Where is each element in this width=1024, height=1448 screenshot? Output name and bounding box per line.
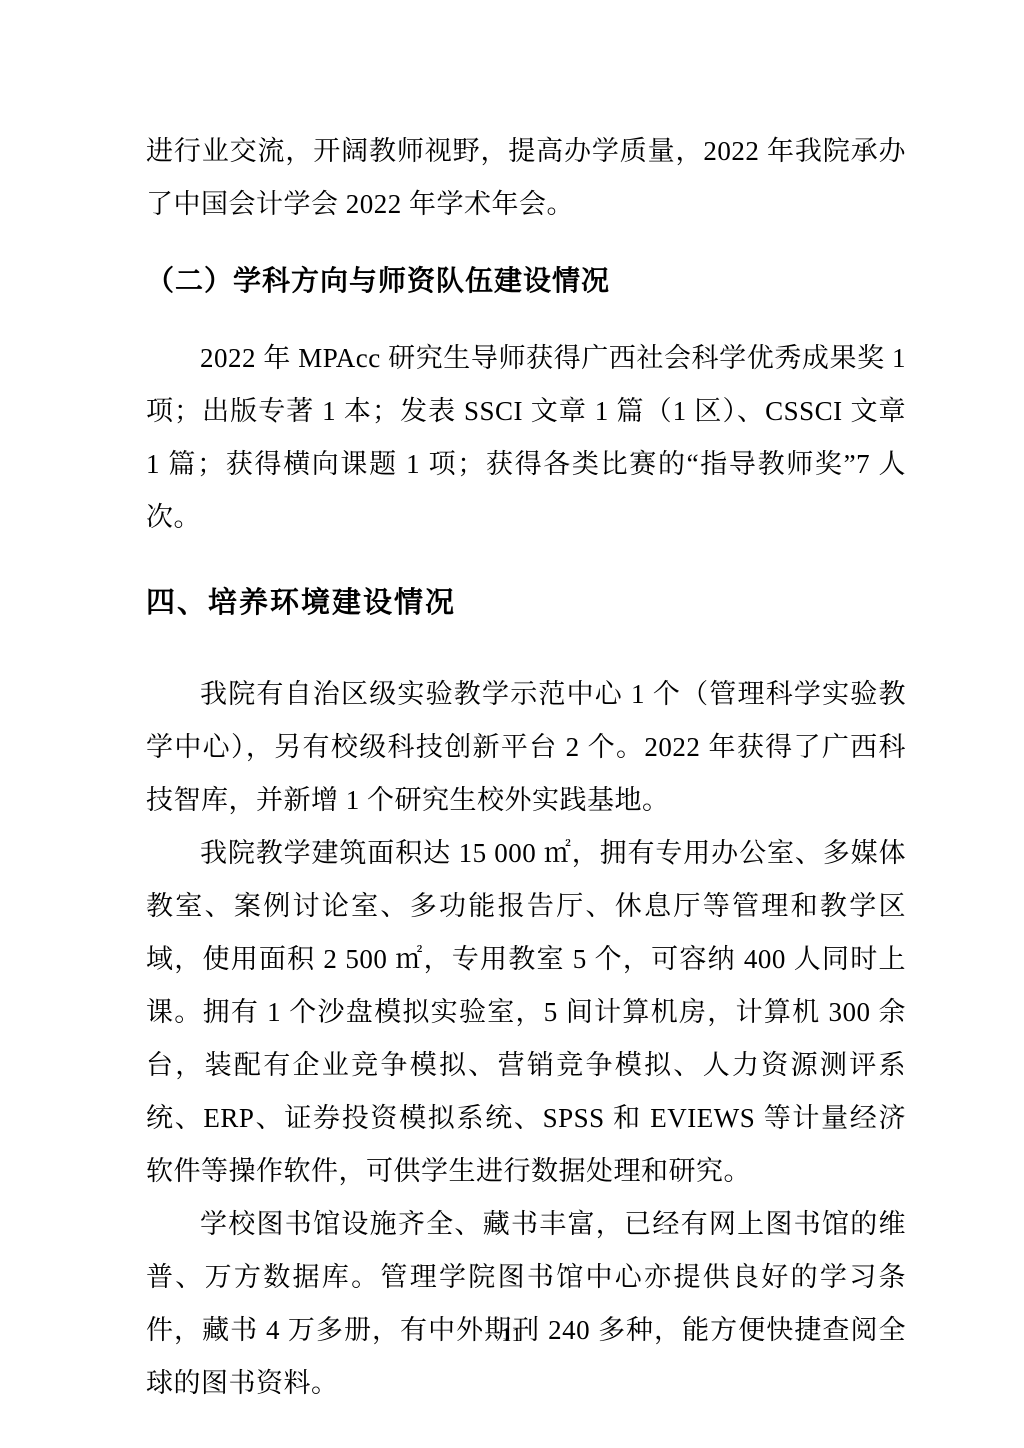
page-number: 11 bbox=[0, 1323, 1024, 1347]
paragraph-teaching-facilities: 我院教学建筑面积达 15 000 ㎡，拥有专用办公室、多媒体教室、案例讨论室、多… bbox=[146, 827, 906, 1198]
paragraph-library: 学校图书馆设施齐全、藏书丰富，已经有网上图书馆的维普、万方数据库。管理学院图书馆… bbox=[146, 1198, 906, 1410]
document-page: 进行业交流，开阔教师视野，提高办学质量，2022 年我院承办了中国会计学会 20… bbox=[0, 0, 1024, 1448]
heading-discipline-faculty: （二）学科方向与师资队伍建设情况 bbox=[146, 255, 906, 308]
paragraph-faculty-achievements: 2022 年 MPAcc 研究生导师获得广西社会科学优秀成果奖 1 项；出版专著… bbox=[146, 332, 906, 544]
heading-training-environment: 四、培养环境建设情况 bbox=[146, 577, 906, 630]
paragraph-annual-meeting: 进行业交流，开阔教师视野，提高办学质量，2022 年我院承办了中国会计学会 20… bbox=[146, 125, 906, 231]
paragraph-labs-platforms: 我院有自治区级实验教学示范中心 1 个（管理科学实验教学中心），另有校级科技创新… bbox=[146, 668, 906, 827]
